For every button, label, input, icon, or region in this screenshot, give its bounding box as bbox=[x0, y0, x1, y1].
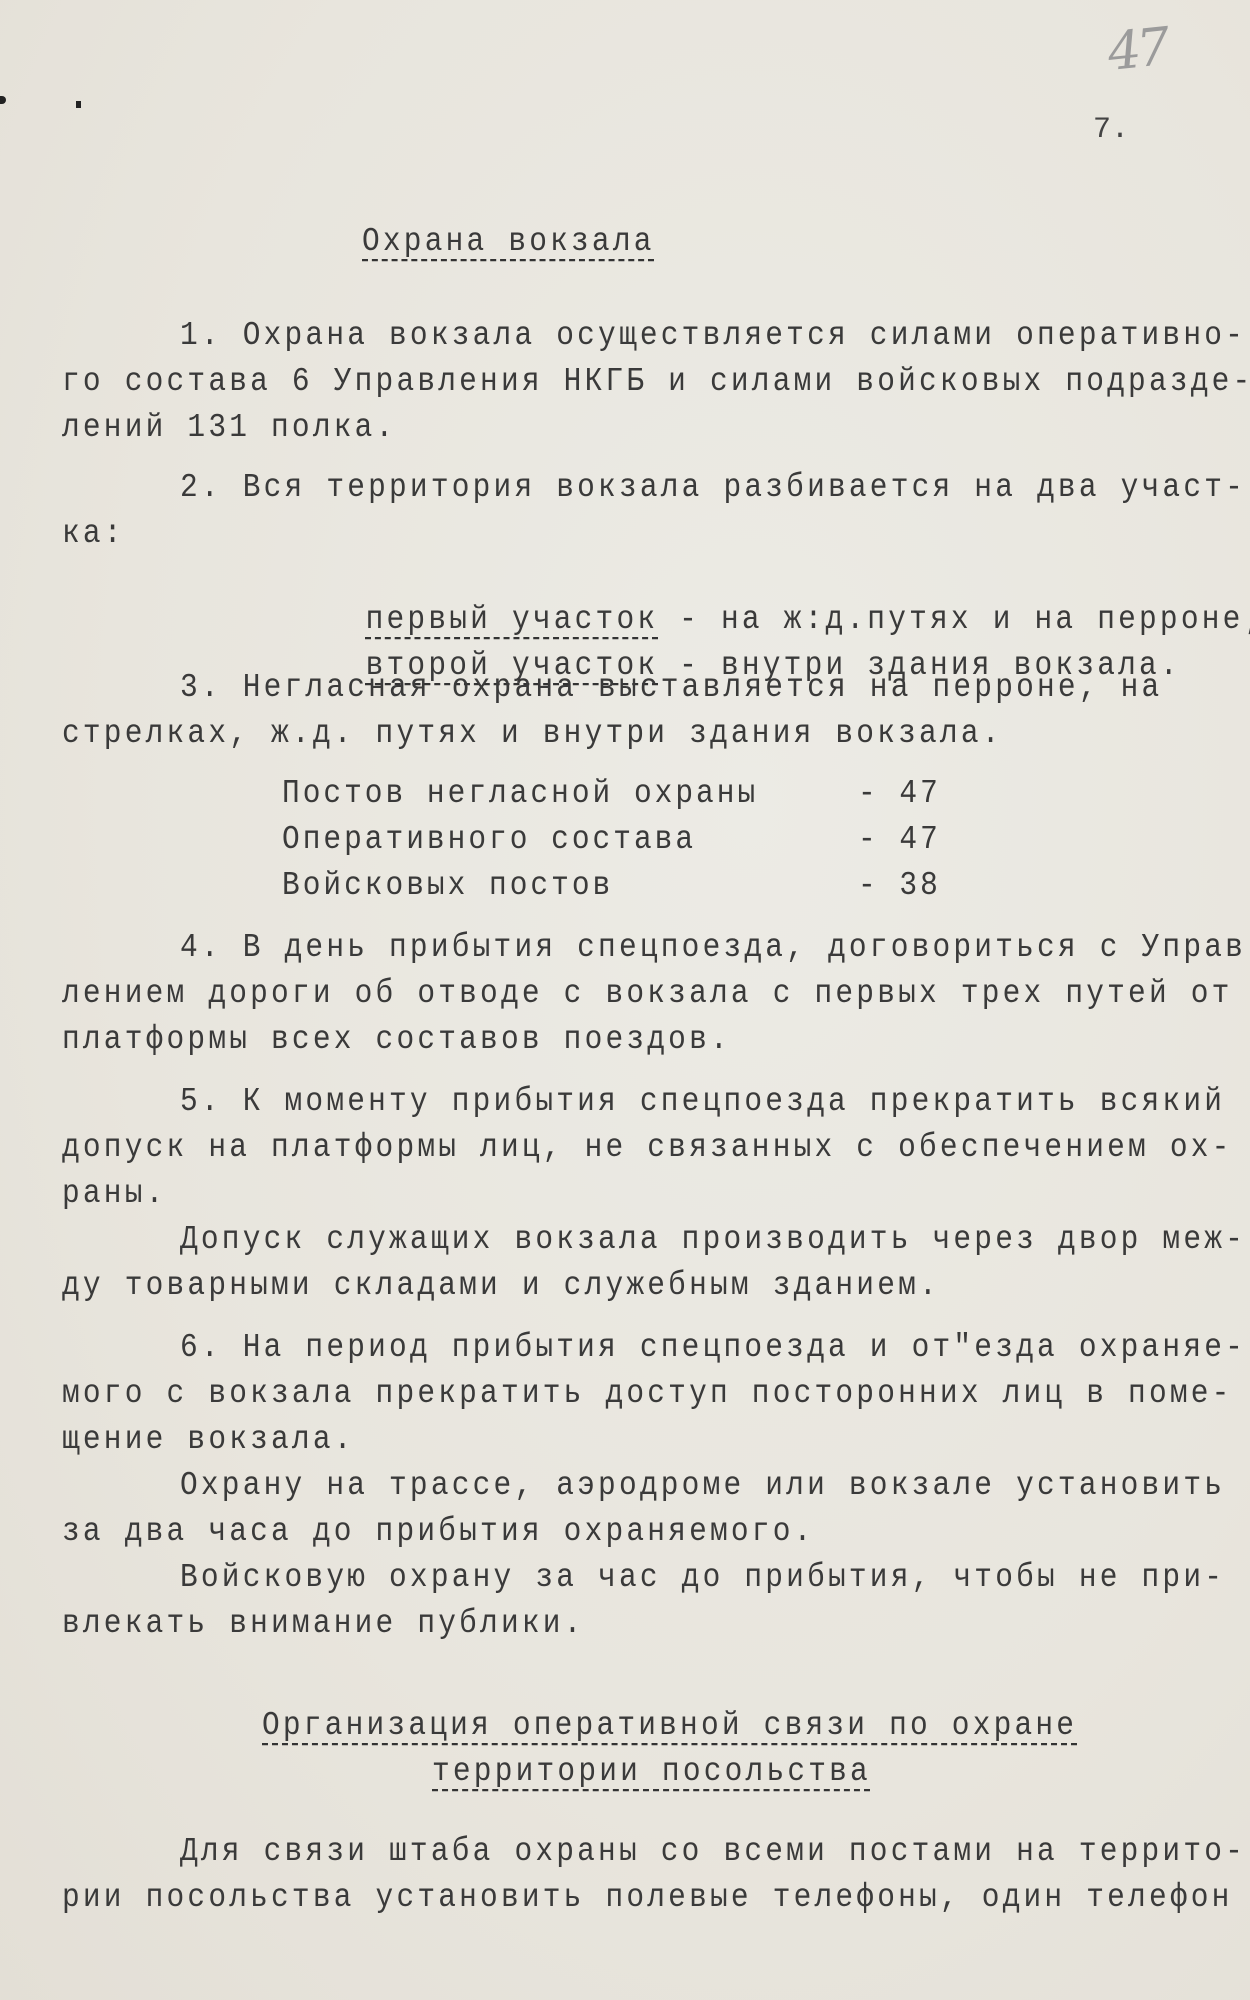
paragraph-line: Охрану на трассе, аэродроме или вокзале … bbox=[180, 1466, 1225, 1504]
paragraph-line: Допуск служащих вокзала производить чере… bbox=[180, 1220, 1246, 1258]
paragraph-line: го состава 6 Управления НКГБ и силами во… bbox=[62, 362, 1250, 400]
paragraph-line: щение вокзала. bbox=[62, 1420, 355, 1458]
page-number: 7. bbox=[1093, 113, 1129, 147]
paragraph-line: ка: bbox=[62, 514, 125, 552]
paragraph-line: допуск на платформы лиц, не связанных с … bbox=[62, 1128, 1233, 1166]
paragraph-line: 2. Вся территория вокзала разбивается на… bbox=[180, 468, 1246, 506]
paragraph-line: мого с вокзала прекратить доступ посторо… bbox=[62, 1374, 1233, 1412]
paragraph-line: 4. В день прибытия спецпоезда, договорит… bbox=[180, 928, 1250, 966]
paragraph-line: стрелках, ж.д. путях и внутри здания вок… bbox=[62, 714, 1003, 752]
posts-row-label: Войсковых постов bbox=[282, 866, 613, 904]
paragraph-line: Войсковую охрану за час до прибытия, что… bbox=[180, 1558, 1225, 1596]
paragraph-line: 5. К моменту прибытия спецпоезда прекрат… bbox=[180, 1082, 1225, 1120]
posts-row-value: - 38 bbox=[858, 866, 941, 904]
folio-number-handwritten: 47 bbox=[1105, 17, 1169, 83]
paragraph-line: 1. Охрана вокзала осуществляется силами … bbox=[180, 316, 1246, 354]
paragraph-line: ду товарными складами и служебным здание… bbox=[62, 1266, 940, 1304]
paragraph-line: лений 131 полка. bbox=[62, 408, 396, 446]
posts-row-label: Оперативного состава bbox=[282, 820, 696, 858]
section-title: территории посольства bbox=[432, 1752, 871, 1790]
punch-dot bbox=[76, 101, 81, 108]
paragraph-line: лением дороги об отводе с вокзала с перв… bbox=[62, 974, 1233, 1012]
section-title: Охрана вокзала bbox=[362, 222, 655, 260]
paragraph-line: рии посольства установить полевые телефо… bbox=[62, 1878, 1233, 1916]
paragraph-line: раны. bbox=[62, 1174, 167, 1212]
posts-row-label: Постов негласной охраны bbox=[282, 774, 758, 812]
section-title: Организация оперативной связи по охране bbox=[262, 1706, 1077, 1744]
paragraph-line: платформы всех составов поездов. bbox=[62, 1020, 731, 1058]
paragraph-line: 3. Негласная охрана выставляется на перр… bbox=[180, 668, 1162, 706]
paragraph-line: за два часа до прибытия охраняемого. bbox=[62, 1512, 815, 1550]
posts-row-value: - 47 bbox=[858, 774, 941, 812]
posts-row-value: - 47 bbox=[858, 820, 941, 858]
paragraph-line: 6. На период прибытия спецпоезда и от"ез… bbox=[180, 1328, 1246, 1366]
paragraph-line: Для связи штаба охраны со всеми постами … bbox=[180, 1832, 1246, 1870]
paragraph-line: влекать внимание публики. bbox=[62, 1604, 585, 1642]
document-page: 47 7. Охрана вокзала 1. Охрана вокзала о… bbox=[0, 0, 1250, 2000]
edge-mark bbox=[0, 96, 6, 104]
